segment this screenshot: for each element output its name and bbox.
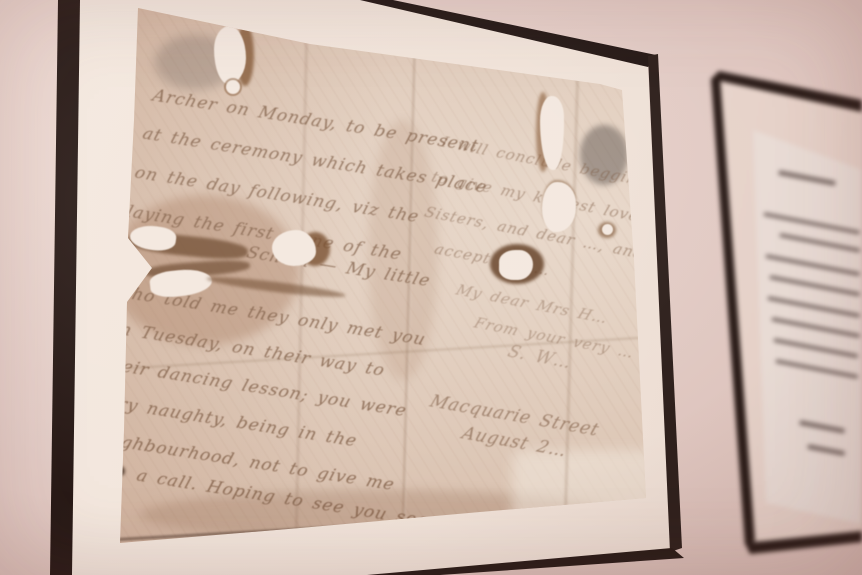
photo-of-framed-letters: Archer on Monday, to be present at the c… xyxy=(0,0,862,575)
right-frame xyxy=(0,0,862,575)
